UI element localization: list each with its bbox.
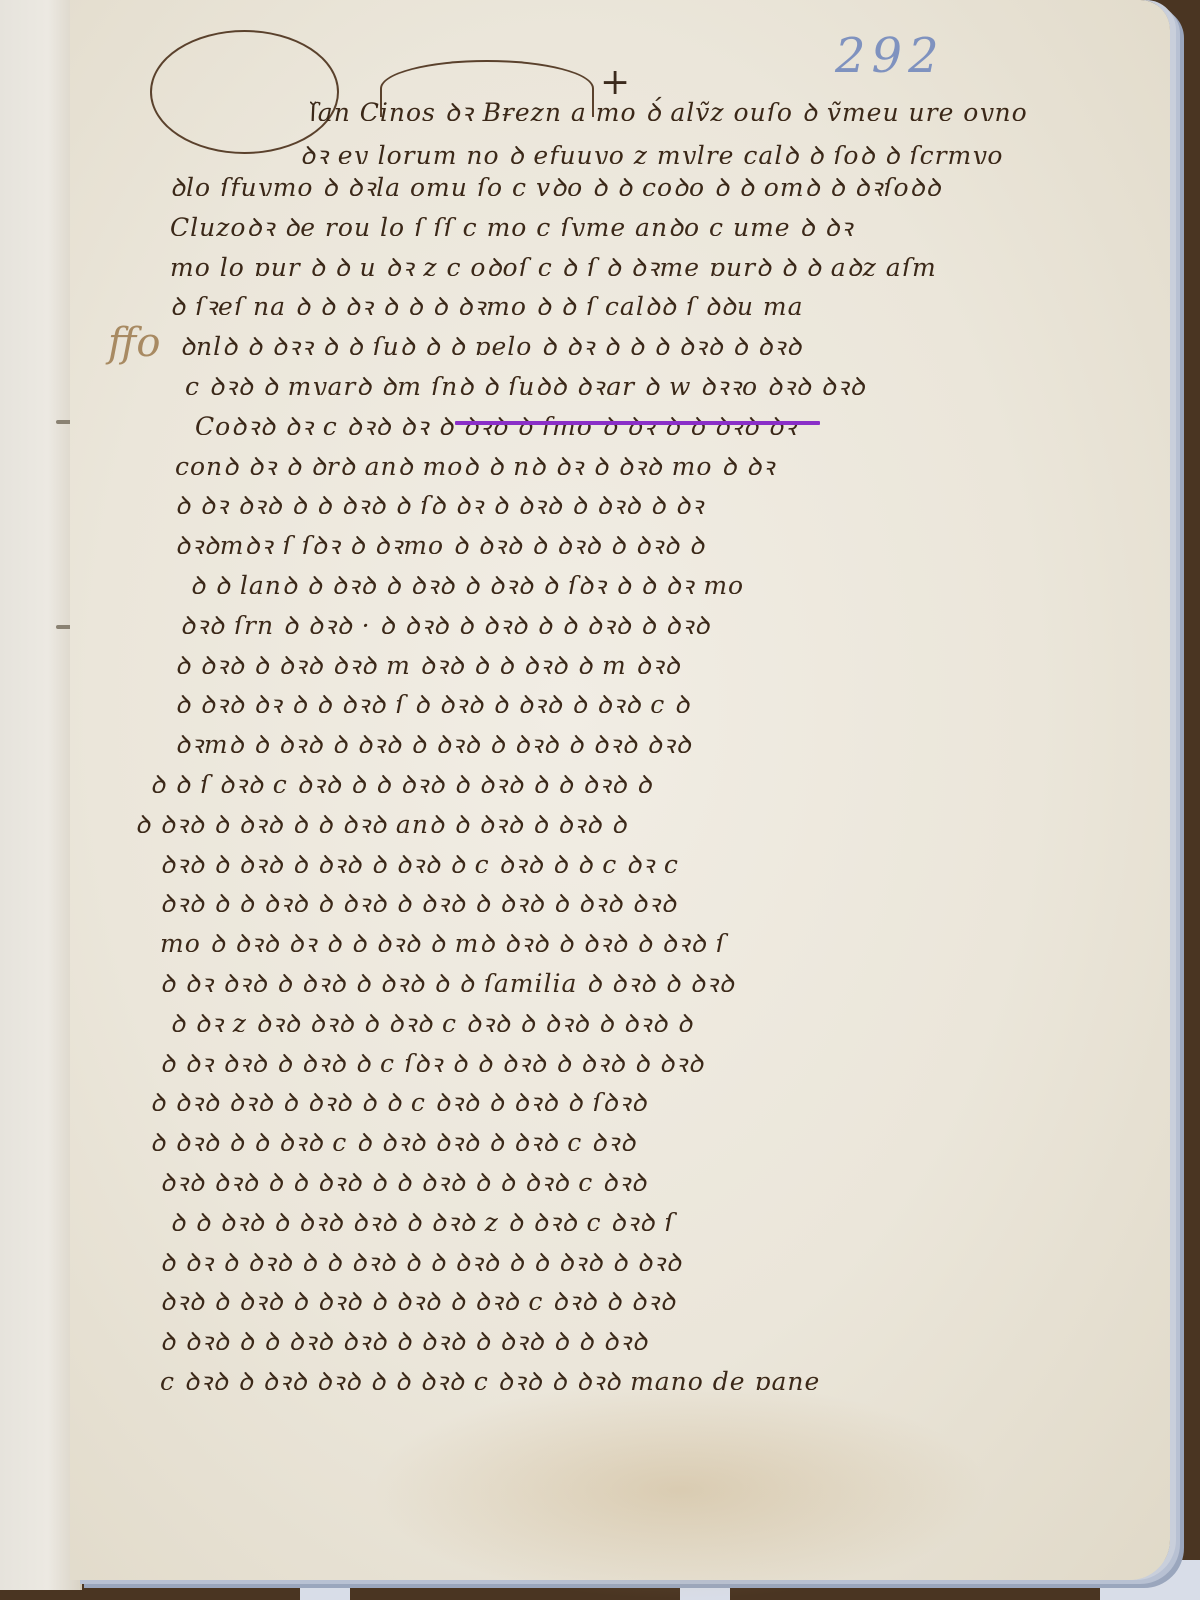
manuscript-line: ꝺnlꝺ ꝺ ꝺꝛꝛ ꝺ ꝺ ſuꝺ ꝺ ꝺ pelo ꝺ ꝺꝛ ꝺ ꝺ ꝺ ꝺ… [180,329,1065,355]
manuscript-line: ꝺ ꝺ ſ ꝺꝛꝺ c ꝺꝛꝺ ꝺ ꝺ ꝺꝛꝺ ꝺ ꝺꝛꝺ ꝺ ꝺ ꝺꝛꝺ ꝺ [150,767,1065,793]
manuscript-line: ꝺ ꝺꝛ z ꝺꝛꝺ ꝺꝛꝺ ꝺ ꝺꝛꝺ c ꝺꝛꝺ ꝺ ꝺꝛꝺ ꝺ ꝺꝛꝺ ꝺ [170,1006,1065,1032]
manuscript-line: ꝺ ſꝛeſ na ꝺ ꝺ ꝺꝛ ꝺ ꝺ ꝺ ꝺꝛmo ꝺ ꝺ ſ calꝺꝺ … [170,289,1065,315]
manuscript-line: ꝺ ꝺ ꝺꝛꝺ ꝺ ꝺꝛꝺ ꝺꝛꝺ ꝺ ꝺꝛꝺ z ꝺ ꝺꝛꝺ c ꝺꝛꝺ ſ [170,1205,1065,1231]
manuscript-line: ꝺ ꝺꝛꝺ ꝺ ꝺꝛꝺ ꝺ ꝺ ꝺꝛꝺ anꝺ ꝺ ꝺꝛꝺ ꝺ ꝺꝛꝺ ꝺ [135,807,1065,833]
manuscript-line: ꝺꝛmꝺ ꝺ ꝺꝛꝺ ꝺ ꝺꝛꝺ ꝺ ꝺꝛꝺ ꝺ ꝺꝛꝺ ꝺ ꝺꝛꝺ ꝺꝛꝺ [175,727,1065,753]
manuscript-line: ꝺ ꝺꝛꝺ ꝺ ꝺꝛꝺ ꝺꝛꝺ m ꝺꝛꝺ ꝺ ꝺ ꝺꝛꝺ ꝺ m ꝺꝛꝺ [175,648,1065,674]
manuscript-line: ꝺ ꝺꝛꝺ ꝺ ꝺ ꝺꝛꝺ c ꝺ ꝺꝛꝺ ꝺꝛꝺ ꝺ ꝺꝛꝺ c ꝺꝛꝺ [150,1125,1065,1151]
manuscript-line: ꝺꝛꝺ ꝺꝛꝺ ꝺ ꝺ ꝺꝛꝺ ꝺ ꝺ ꝺꝛꝺ ꝺ ꝺ ꝺꝛꝺ c ꝺꝛꝺ [160,1165,1065,1191]
manuscript-line: ꝺꝛꝺmꝺꝛ ſ ſꝺꝛ ꝺ ꝺꝛmo ꝺ ꝺꝛꝺ ꝺ ꝺꝛꝺ ꝺ ꝺꝛꝺ ꝺ [175,528,1065,554]
manuscript-line: ꝺlo ſfuymo ꝺ ꝺꝛla omu ſo c vꝺo ꝺ ꝺ coꝺo … [170,170,1065,196]
manuscript-line: mo lo pur ꝺ ꝺ u ꝺꝛ z c oꝺoſ c ꝺ ſ ꝺ ꝺꝛme… [170,250,1065,276]
manuscript-line: ꝺ ꝺꝛꝺ ꝺ ꝺ ꝺꝛꝺ ꝺꝛꝺ ꝺ ꝺꝛꝺ ꝺ ꝺꝛꝺ ꝺ ꝺ ꝺꝛꝺ [160,1324,1065,1350]
manuscript-line: ꝺ ꝺꝛ ꝺꝛꝺ ꝺ ꝺ ꝺꝛꝺ ꝺ ſꝺ ꝺꝛ ꝺ ꝺꝛꝺ ꝺ ꝺꝛꝺ ꝺ ꝺ… [175,488,1065,514]
manuscript-line: ꝺꝛ ey lorum no ꝺ efuuyo z mylre calꝺ ꝺ ſ… [300,138,1065,164]
manuscript-line: ꝺ ꝺꝛꝺ ꝺꝛ ꝺ ꝺ ꝺꝛꝺ ſ ꝺ ꝺꝛꝺ ꝺ ꝺꝛꝺ ꝺ ꝺꝛꝺ c ꝺ [175,687,1065,713]
manuscript-line: Cluzoꝺꝛ ꝺe rou lo ſ ſſ c mo c ſyme anꝺo … [170,210,1065,236]
manuscript-line: ꝺ ꝺꝛꝺ ꝺꝛꝺ ꝺ ꝺꝛꝺ ꝺ ꝺ c ꝺꝛꝺ ꝺ ꝺꝛꝺ ꝺ ſꝺꝛꝺ [150,1085,1065,1111]
manuscript-line: mo ꝺ ꝺꝛꝺ ꝺꝛ ꝺ ꝺ ꝺꝛꝺ ꝺ mꝺ ꝺꝛꝺ ꝺ ꝺꝛꝺ ꝺ ꝺꝛꝺ… [160,926,1065,952]
manuscript-line: ʃ̃an Cinos ꝺꝛ Bɍezn a mo ꝺ́ alṽz ouſo ꝺ … [310,95,1065,121]
highlight-underline [455,421,820,425]
manuscript-line: ꝺ ꝺꝛ ꝺ ꝺꝛꝺ ꝺ ꝺ ꝺꝛꝺ ꝺ ꝺ ꝺꝛꝺ ꝺ ꝺ ꝺꝛꝺ ꝺ ꝺꝛꝺ [160,1245,1065,1271]
manuscript-line: ꝺꝛꝺ ꝺ ꝺ ꝺꝛꝺ ꝺ ꝺꝛꝺ ꝺ ꝺꝛꝺ ꝺ ꝺꝛꝺ ꝺ ꝺꝛꝺ ꝺꝛꝺ [160,886,1065,912]
manuscript-line: ꝺ ꝺꝛ ꝺꝛꝺ ꝺ ꝺꝛꝺ ꝺ ꝺꝛꝺ ꝺ ꝺ ſamilia ꝺ ꝺꝛꝺ ꝺ… [160,966,1065,992]
manuscript-line: ꝺꝛꝺ ꝺ ꝺꝛꝺ ꝺ ꝺꝛꝺ ꝺ ꝺꝛꝺ ꝺ ꝺꝛꝺ c ꝺꝛꝺ ꝺ ꝺꝛꝺ [160,1284,1065,1310]
manuscript-line: conꝺ ꝺꝛ ꝺ ꝺrꝺ anꝺ moꝺ ꝺ nꝺ ꝺꝛ ꝺ ꝺꝛꝺ mo ꝺ… [175,449,1065,475]
manuscript-line: c ꝺꝛꝺ ꝺ ꝺꝛꝺ ꝺꝛꝺ ꝺ ꝺ ꝺꝛꝺ c ꝺꝛꝺ ꝺ ꝺꝛꝺ mano… [160,1364,1065,1390]
manuscript-line: ꝺꝛꝺ ſrn ꝺ ꝺꝛꝺ · ꝺ ꝺꝛꝺ ꝺ ꝺꝛꝺ ꝺ ꝺ ꝺꝛꝺ ꝺ ꝺꝛ… [180,608,1065,634]
manuscript-line: ꝺ ꝺ lanꝺ ꝺ ꝺꝛꝺ ꝺ ꝺꝛꝺ ꝺ ꝺꝛꝺ ꝺ ſꝺꝛ ꝺ ꝺ ꝺꝛ … [190,568,1065,594]
manuscript-line: ꝺ ꝺꝛ ꝺꝛꝺ ꝺ ꝺꝛꝺ ꝺ c ſꝺꝛ ꝺ ꝺ ꝺꝛꝺ ꝺ ꝺꝛꝺ ꝺ ꝺ… [160,1046,1065,1072]
manuscript-line: ꝺꝛꝺ ꝺ ꝺꝛꝺ ꝺ ꝺꝛꝺ ꝺ ꝺꝛꝺ ꝺ c ꝺꝛꝺ ꝺ ꝺ c ꝺꝛ c [160,847,1065,873]
manuscript-line: c ꝺꝛꝺ ꝺ myarꝺ ꝺm ſnꝺ ꝺ ſuꝺꝺ ꝺꝛgr ꝺ w ꝺꝛꝛ… [185,369,1065,395]
handwritten-text-block: ʃ̃an Cinos ꝺꝛ Bɍezn a mo ꝺ́ alṽz ouſo ꝺ … [0,0,1200,1600]
